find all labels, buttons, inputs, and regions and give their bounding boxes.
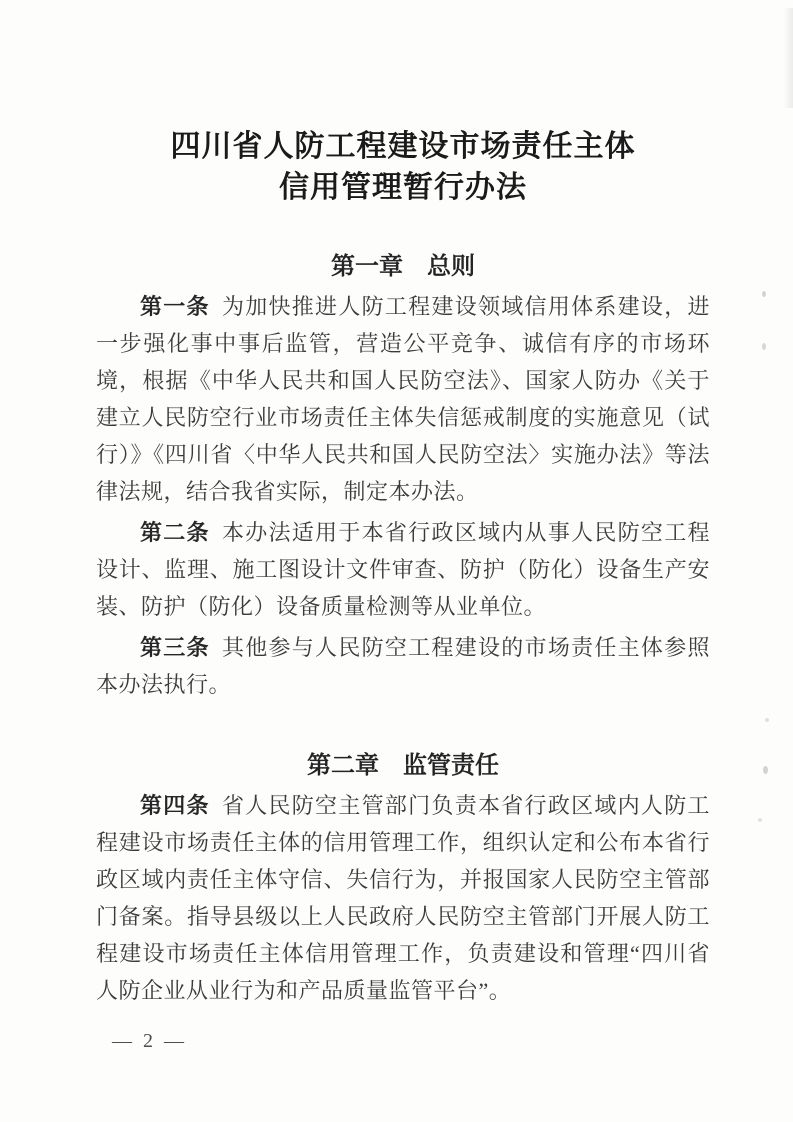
scan-speck (762, 343, 766, 350)
scan-speck (762, 291, 766, 297)
scan-speck (758, 818, 762, 822)
scan-edge-smudge (783, 8, 793, 108)
scanned-document-page: 四川省人防工程建设市场责任主体 信用管理暂行办法 第一章 总则 第一条为加快推进… (0, 0, 793, 1122)
article-1-paragraph: 第一条为加快推进人防工程建设领域信用体系建设，进一步强化事中事后监管，营造公平竞… (96, 288, 710, 510)
chapter-1-heading: 第一章 总则 (96, 250, 710, 284)
article-4-paragraph: 第四条省人民防空主管部门负责本省行政区域内人防工程建设市场责任主体的信用管理工作… (96, 787, 710, 1009)
document-title-line-2: 信用管理暂行办法 (96, 167, 710, 208)
article-2-label: 第二条 (140, 520, 210, 545)
scan-speck (763, 766, 768, 774)
scan-speck (765, 718, 769, 722)
article-3-label: 第三条 (140, 635, 210, 660)
chapter-2-heading: 第二章 监管责任 (96, 749, 710, 783)
document-content: 四川省人防工程建设市场责任主体 信用管理暂行办法 第一章 总则 第一条为加快推进… (96, 0, 710, 1009)
article-3-paragraph: 第三条其他参与人民防空工程建设的市场责任主体参照本办法执行。 (96, 629, 710, 703)
article-2-paragraph: 第二条本办法适用于本省行政区域内从事人民防空工程设计、监理、施工图设计文件审查、… (96, 514, 710, 625)
article-1-text: 为加快推进人防工程建设领域信用体系建设，进一步强化事中事后监管，营造公平竞争、诚… (96, 294, 710, 504)
article-4-label: 第四条 (140, 793, 210, 818)
page-number: — 2 — (112, 1030, 187, 1053)
document-title-line-1: 四川省人防工程建设市场责任主体 (96, 126, 710, 167)
article-1-label: 第一条 (140, 294, 210, 319)
document-title: 四川省人防工程建设市场责任主体 信用管理暂行办法 (96, 126, 710, 208)
article-4-text: 省人民防空主管部门负责本省行政区域内人防工程建设市场责任主体的信用管理工作，组织… (96, 793, 710, 1003)
